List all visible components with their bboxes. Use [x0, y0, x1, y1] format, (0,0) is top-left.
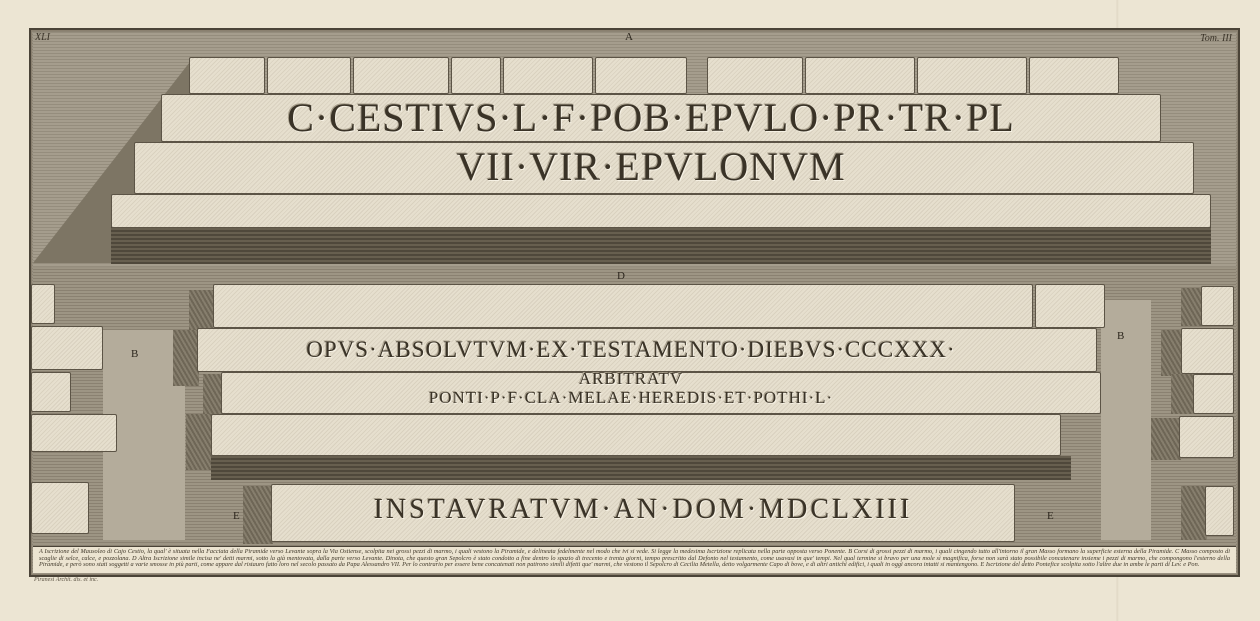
inscription-upper-line-1: C·CESTIVS·L·F·POB·EPVLO·PR·TR·PL	[211, 94, 1091, 142]
inscription-middle-line-3: PONTI·P·F·CLA·MELAE·HEREDIS·ET·POTHI·L·	[291, 388, 971, 408]
joint-b-right	[1101, 300, 1151, 540]
lower-block-side	[243, 486, 273, 544]
inscription-middle-line-1: OPVS·ABSOLVTVM·EX·TESTAMENTO·DIEBVS·CCCX…	[291, 336, 971, 364]
label-a: A	[625, 31, 633, 43]
pyramid-rubble-base	[111, 226, 1211, 264]
inscription-upper-line-2: VII·VIR·EPVLONVM	[211, 142, 1091, 192]
label-e-left: E	[233, 510, 240, 522]
inscription-middle-line-2: ARBITRATV	[291, 370, 971, 388]
engraving-plate: XLI Tom. III A C·CESTIVS·L·F·POB·EPVLO·P…	[29, 28, 1240, 577]
plate-number: XLI	[35, 32, 50, 43]
label-e-right: E	[1047, 510, 1054, 522]
inscription-lower-line-1: INSTAVRATVM·AN·DOM·MDCLXIII	[271, 488, 1015, 532]
label-d: D	[617, 270, 625, 282]
label-b-left: B	[131, 348, 138, 360]
volume-label: Tom. III	[1200, 33, 1232, 44]
label-b-right: B	[1117, 330, 1124, 342]
engraver-signature: Piranesi Archit. dis. et inc.	[34, 577, 98, 583]
caption-text: A Iscrizione del Mausoleo di Cajo Cestio…	[33, 546, 1236, 573]
